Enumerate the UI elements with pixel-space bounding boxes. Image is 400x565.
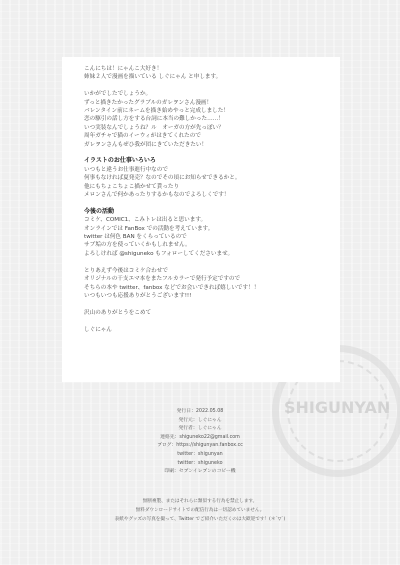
closing-line: いつもいつも応援ありがとうございます!!! [84,292,340,300]
colophon: 発行日：2022.05.08 発行元：しぐにゃん 発行者：しぐにゃん 連絡先：s… [0,408,400,477]
intro-line: 周年ガチャで猫のイーウィがはきてくれたので [84,132,340,140]
intro-line: いつ実装なんでしょうね？ル オーガの方が先っぽい？ [84,124,340,132]
section-line: よろしければ @shiguneko もフォローしてくださいませ。 [84,250,340,258]
section-line: 何事もなければ夏発売？なのでその頃にお知らせできるかと。 [84,174,340,182]
section-line: メロンさんで何かあったりするかもなのでよろしくです！ [84,191,340,199]
intro-line: いかがでしたでしょうか。 [84,90,340,98]
blog-url: ブログ：https://shigunyan.fanbox.cc [0,442,400,451]
contact-email: 連絡先：shiguneko22@gmail.com [0,434,400,443]
section-line: サブ垢の方を使っていくかもしれません。 [84,241,340,249]
thanks-line: 沢山のありがとうをこめて [84,309,340,317]
closing-line: そちらの本や twitter、fanbox などでお会いできれば嬉しいです！！ [84,284,340,292]
issuer: 発行者：しぐにゃん [0,425,400,434]
closing-line: オリジナルの干支エマ本をまたフルカラーで発行予定ですので [84,275,340,283]
copyright-notice: 無断複製、またはそれらに類似する行為を禁止します。 無料ダウンロードサイトでの配… [0,497,400,524]
intro-line: ずっと描きたかったグラブルのガレヲンさん漫画！ [84,99,340,107]
closing-line: とりあえず今後はコミケ合わせで [84,267,340,275]
signature: しぐにゃん [84,326,340,334]
intro-line: 恋の駆引の話し方をする台詞に本当の難しかった……！ [84,115,340,123]
section-line: オンラインでは FanBox での活動を考えています。 [84,225,340,233]
intro-line: バレンタイン前にネームを描き始めやっと完成しました！ [84,107,340,115]
twitter-handle-2: twitter：shiguneko [0,460,400,469]
section-heading-illustration-work: イラストのお仕事いろいろ [84,157,340,165]
twitter-handle-1: twitter：shigunyan [0,451,400,460]
greeting-line: 姉妹２人で漫画を描いている しぐにゃん と申します。 [84,73,340,81]
publisher: 発行元：しぐにゃん [0,417,400,426]
section-line: twitter は何色 BAN をくらっているので [84,233,340,241]
intro-line: ガレヲンさんもぜひ我が団にきていただきたい！ [84,141,340,149]
afterword-panel: こんにちは！にゃんこ大好き！ 姉妹２人で漫画を描いている しぐにゃん と申します… [62,57,340,382]
section-line: 他にもちょこちょこ描かせて貰ったり [84,183,340,191]
section-heading-future-activities: 今後の活動 [84,208,340,216]
notice-line: 表紙やグッズの写真を撮って、Twitter でご紹介いただくのは大歓迎です！(＊… [0,515,400,524]
notice-line: 無断複製、またはそれらに類似する行為を禁止します。 [0,497,400,506]
section-line: いつもと違うお仕事進行中なので [84,166,340,174]
section-line: コミケ、COMIC1、こみトレは出ると思います。 [84,216,340,224]
printer: 印刷：セブンイレブンのコピー機 [0,468,400,477]
publish-date: 発行日：2022.05.08 [0,408,400,417]
greeting-line: こんにちは！にゃんこ大好き！ [84,65,340,73]
notice-line: 無料ダウンロードサイトでの配信行為は一切認めていません。 [0,506,400,515]
